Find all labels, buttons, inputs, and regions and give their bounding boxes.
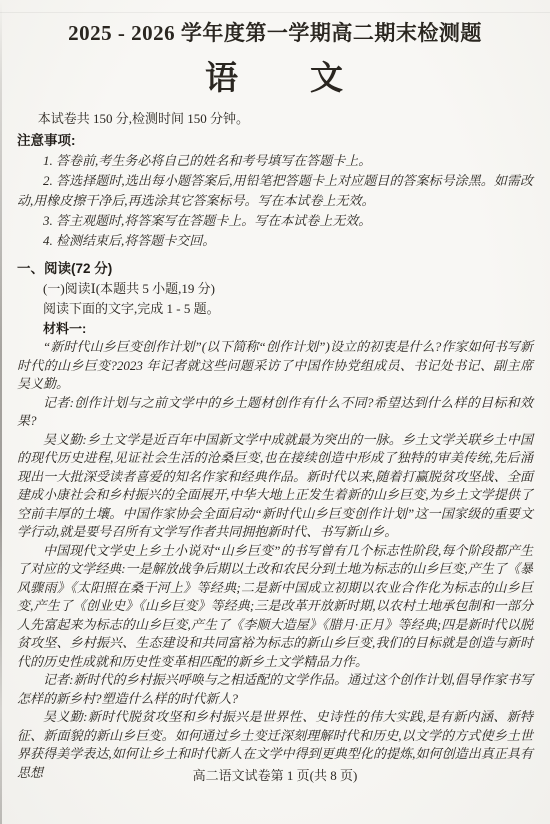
exam-paper-page: 2025 - 2026 学年度第一学期高二期末检测题 语 文 本试卷共 150 …: [0, 0, 550, 824]
notice-section: 注意事项: 1. 答卷前,考生务必将自己的姓名和考号填写在答题卡上。 2. 答选…: [17, 131, 533, 251]
scan-top-artifact: [0, 12, 550, 13]
reading-section-heading: 一、阅读(72 分): [17, 259, 533, 279]
material-one-label: 材料一:: [17, 319, 533, 338]
scan-edge-artifact: [0, 0, 2, 824]
page-number-footer: 高二语文试卷第 1 页(共 8 页): [0, 768, 550, 784]
material-paragraph-2: 记者:创作计划与之前文学中的乡土题材创作有什么不同?希望达到什么样的目标和效果?: [17, 394, 533, 431]
notice-item-1: 1. 答卷前,考生务必将自己的姓名和考号填写在答题卡上。: [17, 151, 533, 171]
reading-section: 一、阅读(72 分) (一)阅读Ⅰ(本题共 5 小题,19 分) 阅读下面的文字…: [17, 259, 533, 782]
exam-subject: 语 文: [17, 63, 533, 96]
page-content: 2025 - 2026 学年度第一学期高二期末检测题 语 文 本试卷共 150 …: [0, 0, 550, 782]
material-paragraph-1: “新时代山乡巨变创作计划”(以下简称“创作计划”)设立的初衷是什么?作家如何书写…: [17, 338, 533, 394]
notice-item-2: 2. 答选择题时,选出每小题答案后,用铅笔把答题卡上对应题目的答案标号涂黑。如需…: [17, 171, 533, 211]
material-paragraph-5: 记者:新时代的乡村振兴呼唤与之相适配的文学作品。通过这个创作计划,倡导作家书写怎…: [17, 671, 533, 708]
reading-instruction: 阅读下面的文字,完成 1 - 5 题。: [17, 299, 533, 319]
reading-part-heading: (一)阅读Ⅰ(本题共 5 小题,19 分): [17, 279, 533, 299]
exam-info-line: 本试卷共 150 分,检测时间 150 分钟。: [17, 110, 533, 128]
notice-item-3: 3. 答主观题时,将答案写在答题卡上。写在本试卷上无效。: [17, 211, 533, 231]
material-paragraph-4: 中国现代文学史上乡土小说对“山乡巨变”的书写曾有几个标志性阶段,每个阶段都产生了…: [17, 542, 533, 672]
exam-title: 2025 - 2026 学年度第一学期高二期末检测题: [17, 0, 533, 47]
notice-item-4: 4. 检测结束后,将答题卡交回。: [17, 231, 533, 251]
material-paragraph-3: 吴义勤:乡土文学是近百年中国新文学中成就最为突出的一脉。乡土文学关联乡土中国的现…: [17, 431, 533, 542]
notice-heading: 注意事项:: [17, 131, 533, 151]
